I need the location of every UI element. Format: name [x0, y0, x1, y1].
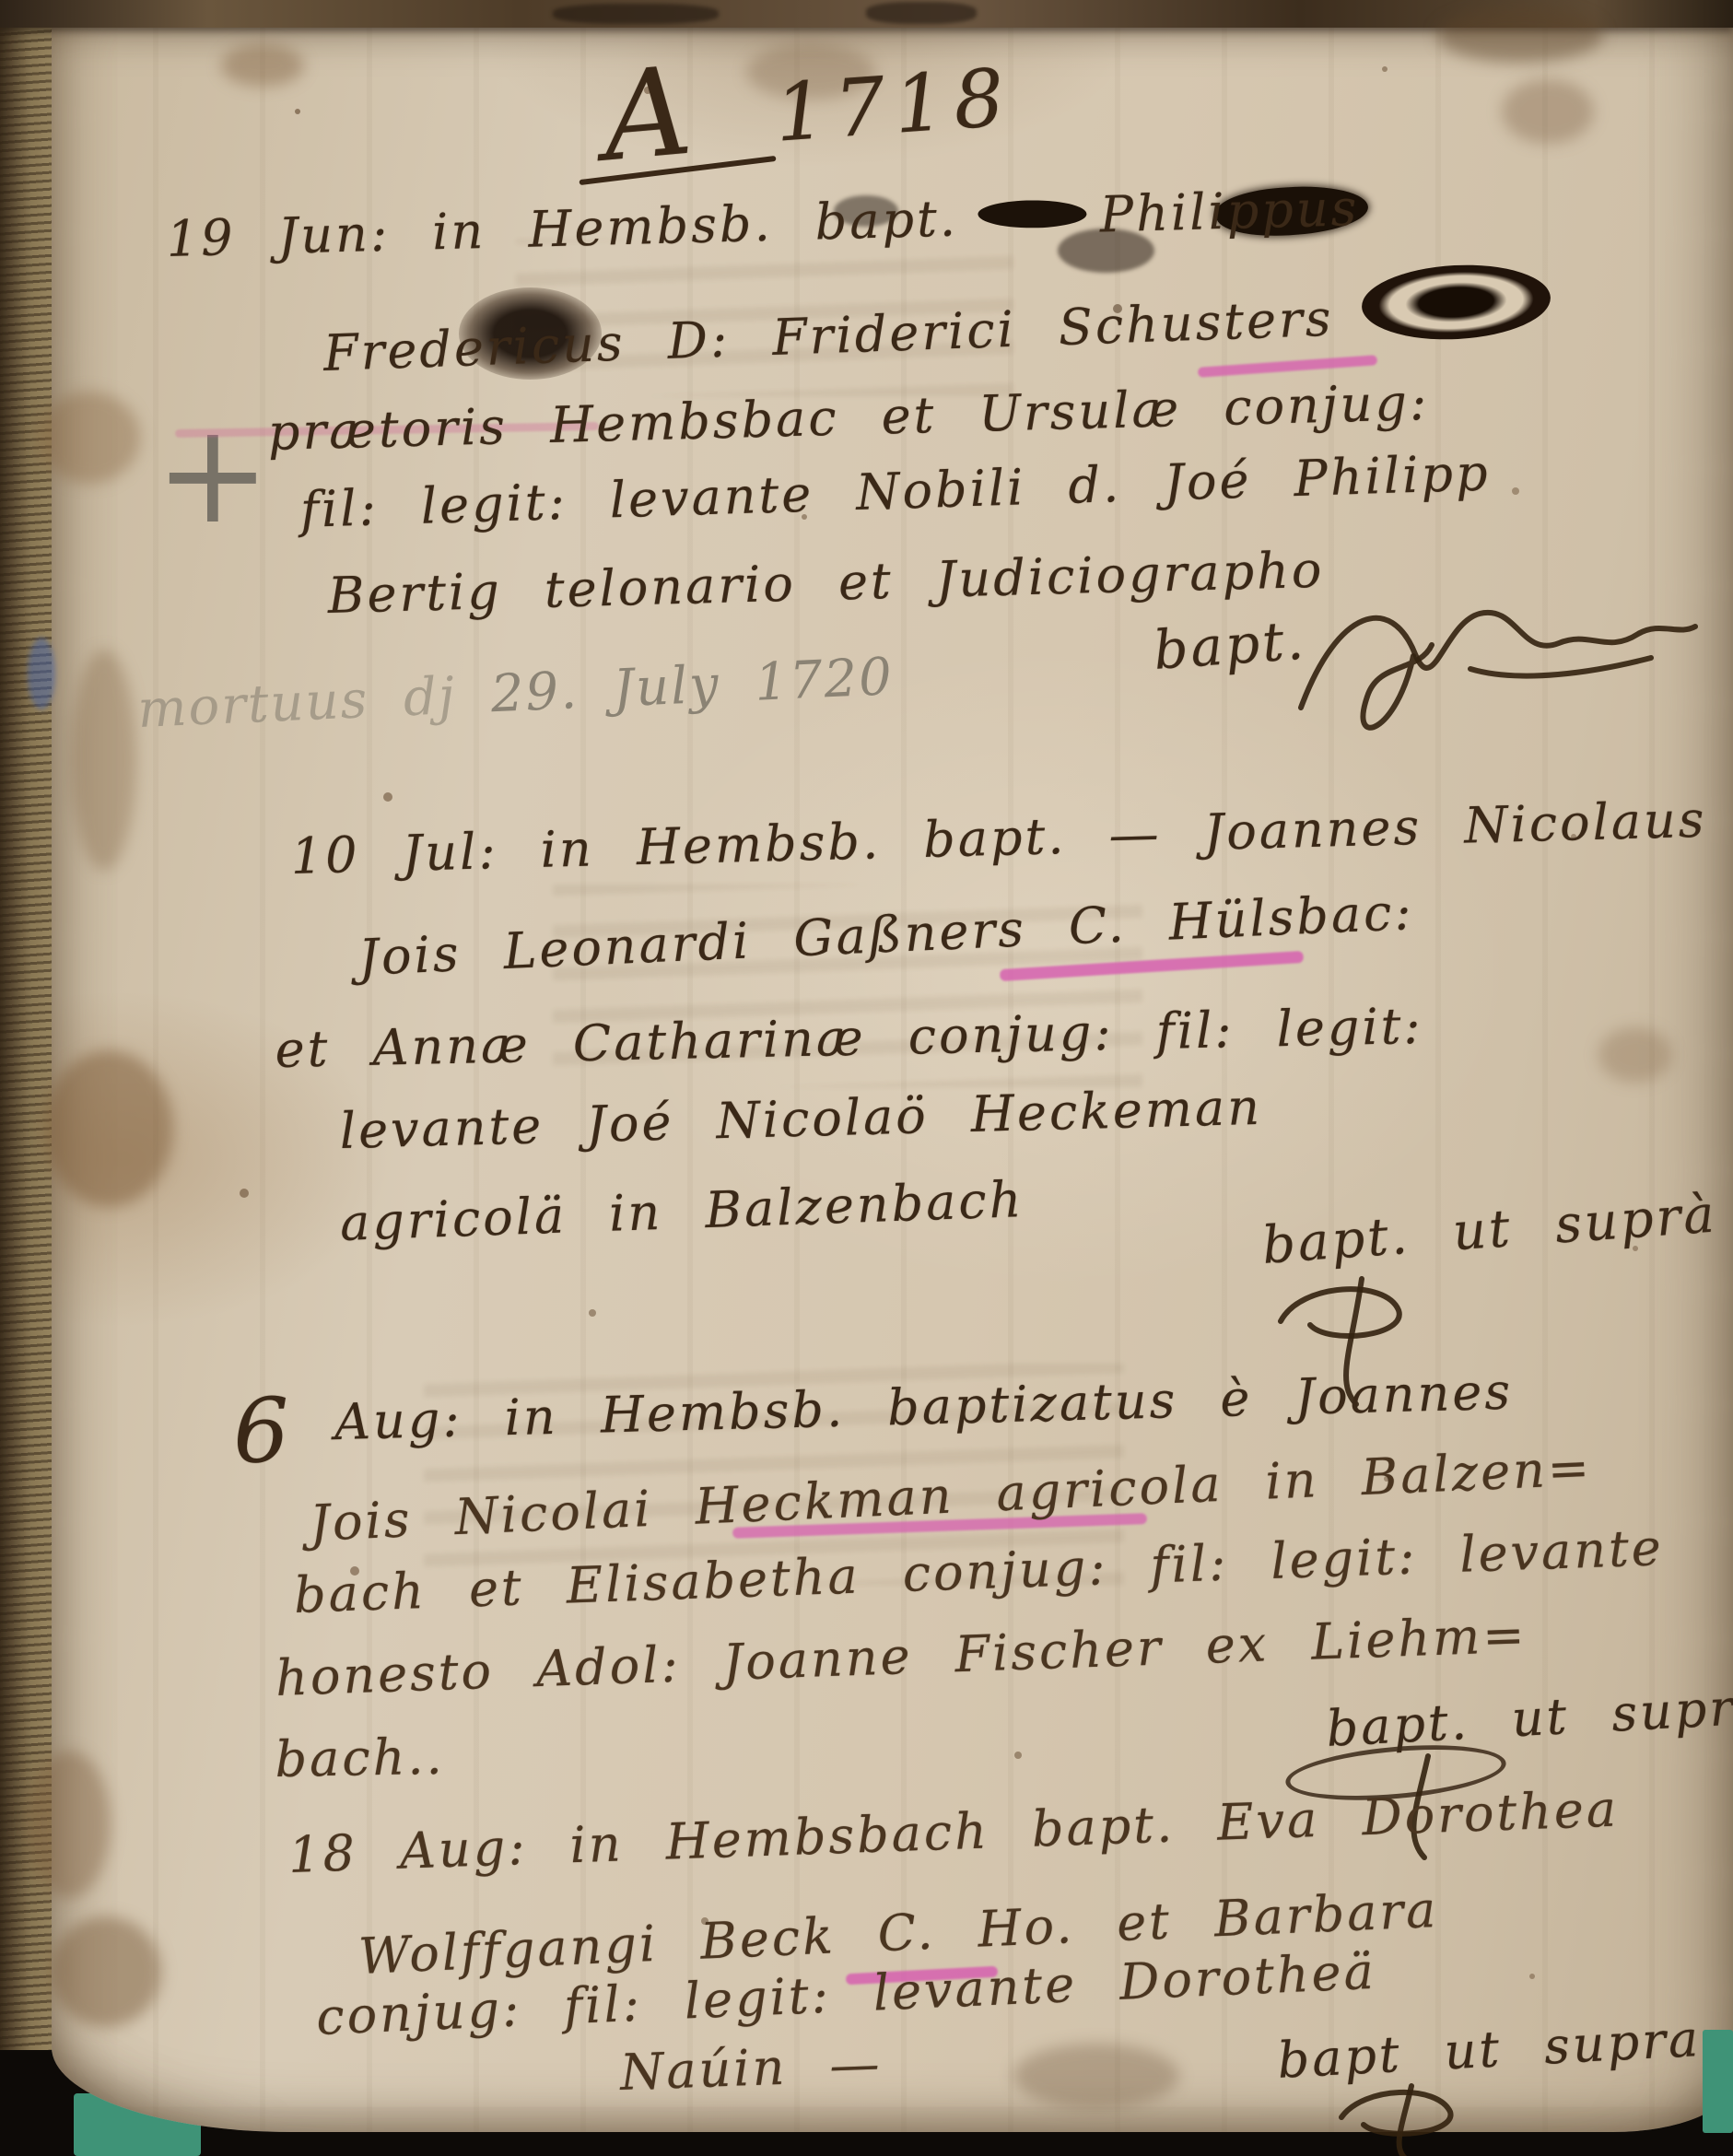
entry-4-line-4: Naúin — — [619, 2034, 883, 2102]
stain — [221, 44, 304, 87]
stain — [1013, 2044, 1179, 2108]
blue-ink-mark — [28, 638, 55, 709]
top-edge-stain — [866, 2, 977, 24]
signature-flourish-icon — [1290, 569, 1704, 781]
stain — [51, 1916, 161, 2027]
stain — [1437, 7, 1603, 63]
closing-flourish-icon — [1327, 2080, 1474, 2156]
stain — [39, 392, 140, 484]
paper-speckles — [295, 109, 300, 114]
margin-cross-mark: + — [155, 394, 271, 555]
entry-1-closing: bapt. — [1152, 608, 1308, 681]
stain — [1598, 1027, 1672, 1083]
ink-blot-strikethrough — [978, 199, 1087, 229]
top-edge-stain — [553, 4, 719, 24]
entry-3-line-5: bach.. — [275, 1728, 445, 1788]
entry-3-day-number: 6 — [232, 1378, 294, 1483]
stain — [72, 650, 136, 871]
bottom-tab-right — [1703, 2030, 1733, 2133]
manuscript-scan: A 1718 + mortuus dj 29. July 1720 19 Jun… — [0, 0, 1733, 2156]
stain — [28, 1751, 111, 1898]
entry-1-child-name: Philippus — [1099, 179, 1360, 243]
header-year: 1718 — [772, 52, 1016, 160]
stain — [1502, 79, 1594, 144]
stain — [44, 1050, 173, 1207]
